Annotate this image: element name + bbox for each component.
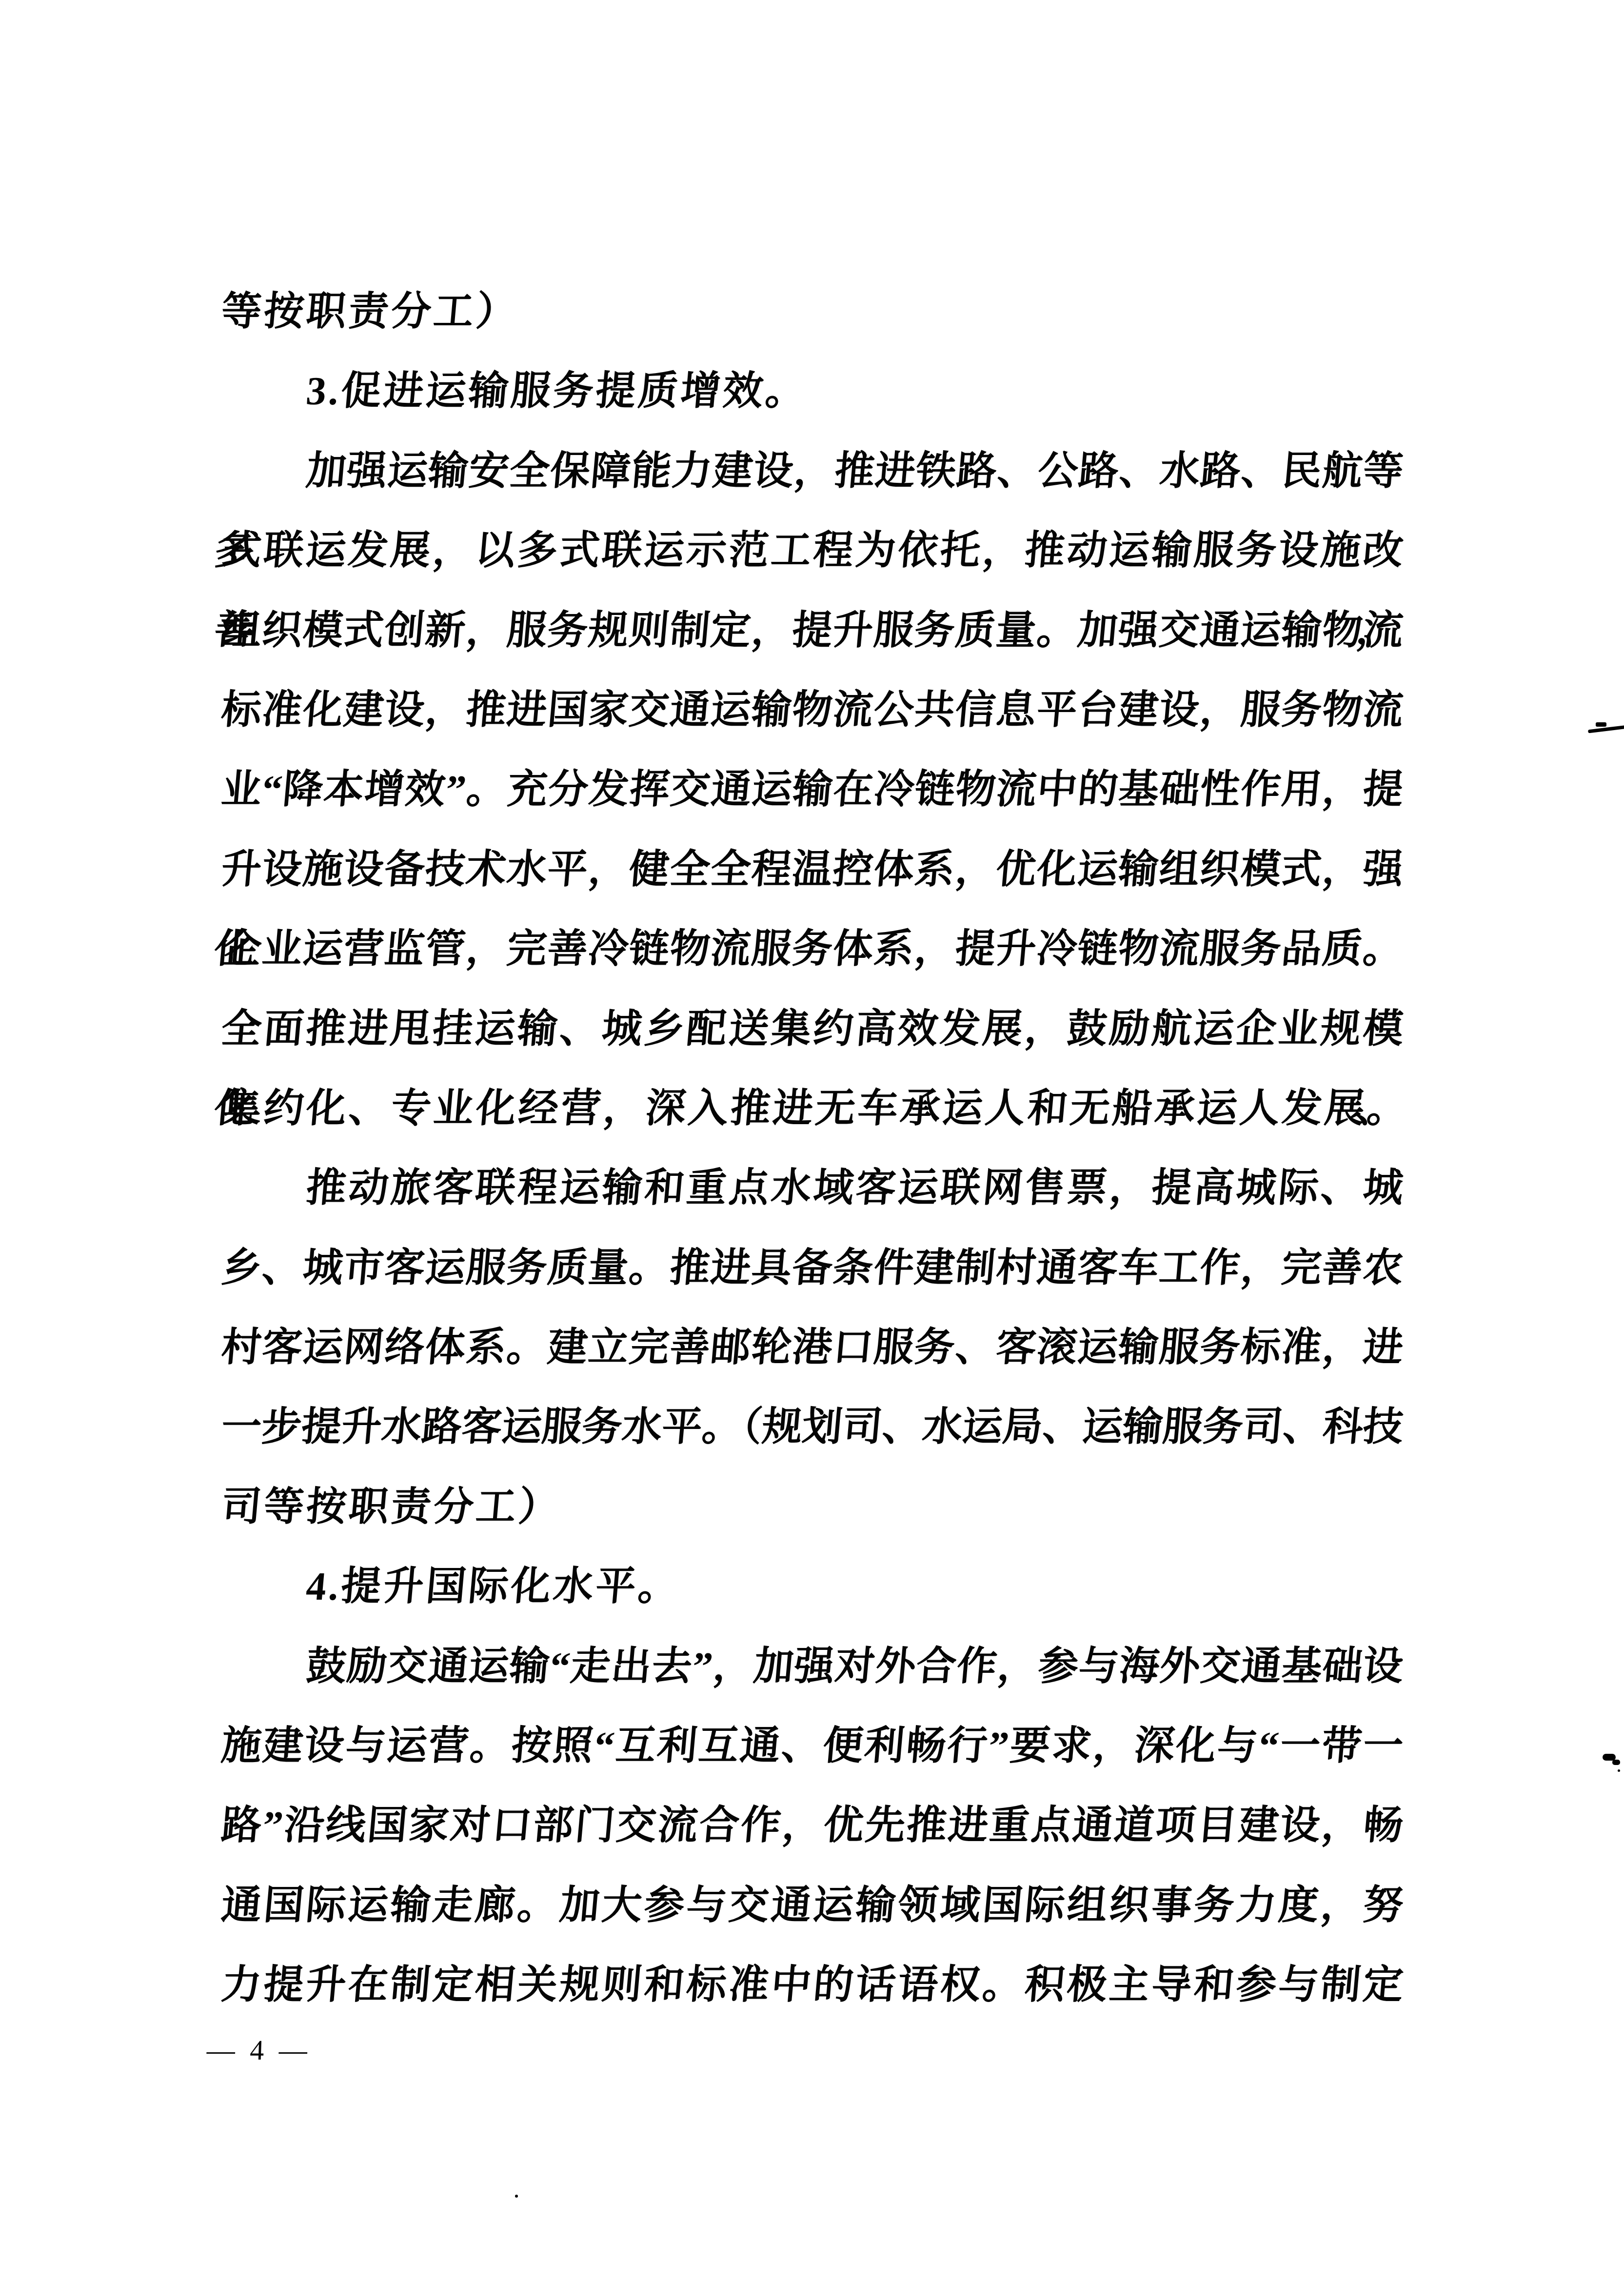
text-line: 式联运发展，以多式联运示范工程为依托，推动运输服务设施改善，: [218, 511, 1406, 590]
text-line: 加强运输安全保障能力建设，推进铁路、公路、水路、民航等多: [218, 431, 1406, 511]
text-line: 一步提升水路客运服务水平。（规划司、水运局、运输服务司、科技: [218, 1387, 1406, 1467]
text-line: 鼓励交通运输“走出去”，加强对外合作，参与海外交通基础设: [218, 1626, 1406, 1706]
text-line: 力提升在制定相关规则和标准中的话语权。积极主导和参与制定: [218, 1945, 1406, 2024]
text-line: 标准化建设，推进国家交通运输物流公共信息平台建设，服务物流: [218, 670, 1406, 750]
text-line: 路”沿线国家对口部门交流合作，优先推进重点通道项目建设，畅: [218, 1785, 1406, 1865]
scan-artifact-blob: [1612, 1760, 1620, 1765]
text-line: 通国际运输走廊。加大参与交通运输领域国际组织事务力度，努: [218, 1865, 1406, 1945]
text-line: 企业运营监管，完善冷链物流服务体系，提升冷链物流服务品质。: [218, 909, 1406, 989]
text-line: 推动旅客联程运输和重点水域客运联网售票，提高城际、城: [218, 1148, 1406, 1228]
text-line: 施建设与运营。按照“互利互通、便利畅行”要求，深化与“一带一: [218, 1706, 1406, 1785]
text-line: 村客运网络体系。建立完善邮轮港口服务、客滚运输服务标准，进: [218, 1308, 1406, 1387]
text-line: 4.提升国际化水平。: [218, 1547, 1406, 1626]
text-line: 司等按职责分工）: [218, 1467, 1406, 1547]
text-line: 组织模式创新，服务规则制定，提升服务质量。加强交通运输物流: [218, 591, 1406, 670]
scanned-document-page: 等按职责分工） 3.促进运输服务提质增效。 加强运输安全保障能力建设，推进铁路、…: [0, 0, 1624, 2281]
text-line: 升设施设备技术水平，健全全程温控体系，优化运输组织模式，强化: [218, 830, 1406, 909]
text-line: 3.促进运输服务提质增效。: [218, 351, 1406, 431]
scan-artifact-tilde-blob: [1596, 722, 1606, 727]
page-number: — 4 —: [206, 2034, 312, 2066]
text-line: 业“降本增效”。充分发挥交通运输在冷链物流中的基础性作用，提: [218, 750, 1406, 829]
text-line: 等按职责分工）: [218, 272, 1406, 351]
text-line: 集约化、专业化经营，深入推进无车承运人和无船承运人发展。: [218, 1069, 1406, 1148]
scan-artifact-dot: [1618, 1769, 1620, 1772]
scan-artifact-dot: [515, 2195, 518, 2198]
document-text-block: 等按职责分工） 3.促进运输服务提质增效。 加强运输安全保障能力建设，推进铁路、…: [218, 272, 1400, 2025]
text-line: 乡、城市客运服务质量。推进具备条件建制村通客车工作，完善农: [218, 1228, 1406, 1308]
text-line: 全面推进甩挂运输、城乡配送集约高效发展，鼓励航运企业规模化、: [218, 989, 1406, 1069]
